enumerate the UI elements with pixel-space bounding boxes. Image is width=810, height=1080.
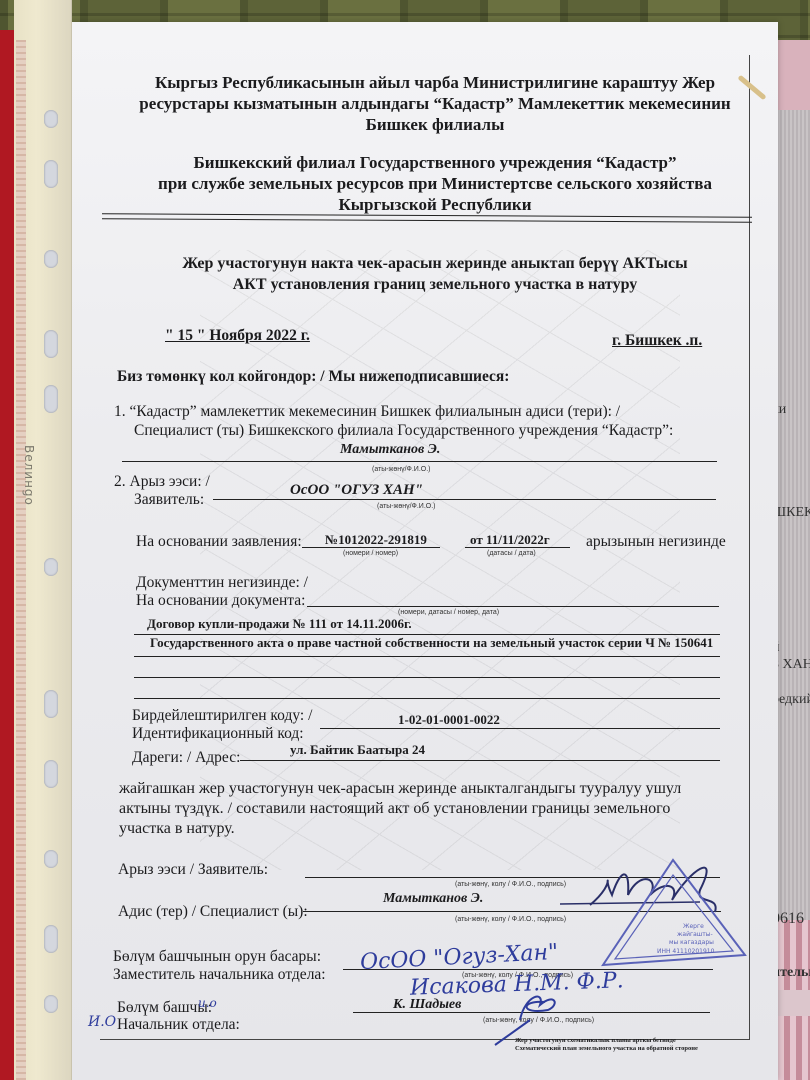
footnote-kyrgyz: Жер участогунун схематикалык планы арткы…: [515, 1037, 676, 1044]
triangle-stamp-icon: Жерге жайгашты- мы кагаздары ИНН 4111020…: [595, 855, 755, 975]
stamp-line: мы кагаздары: [669, 939, 714, 946]
stamp-line: Жерге: [683, 923, 704, 930]
stamp-line: ИНН 41110201910: [657, 948, 715, 955]
footnote-russian: Схематический план земельного участка на…: [515, 1045, 698, 1052]
stamp-line: жайгашты-: [677, 931, 713, 938]
